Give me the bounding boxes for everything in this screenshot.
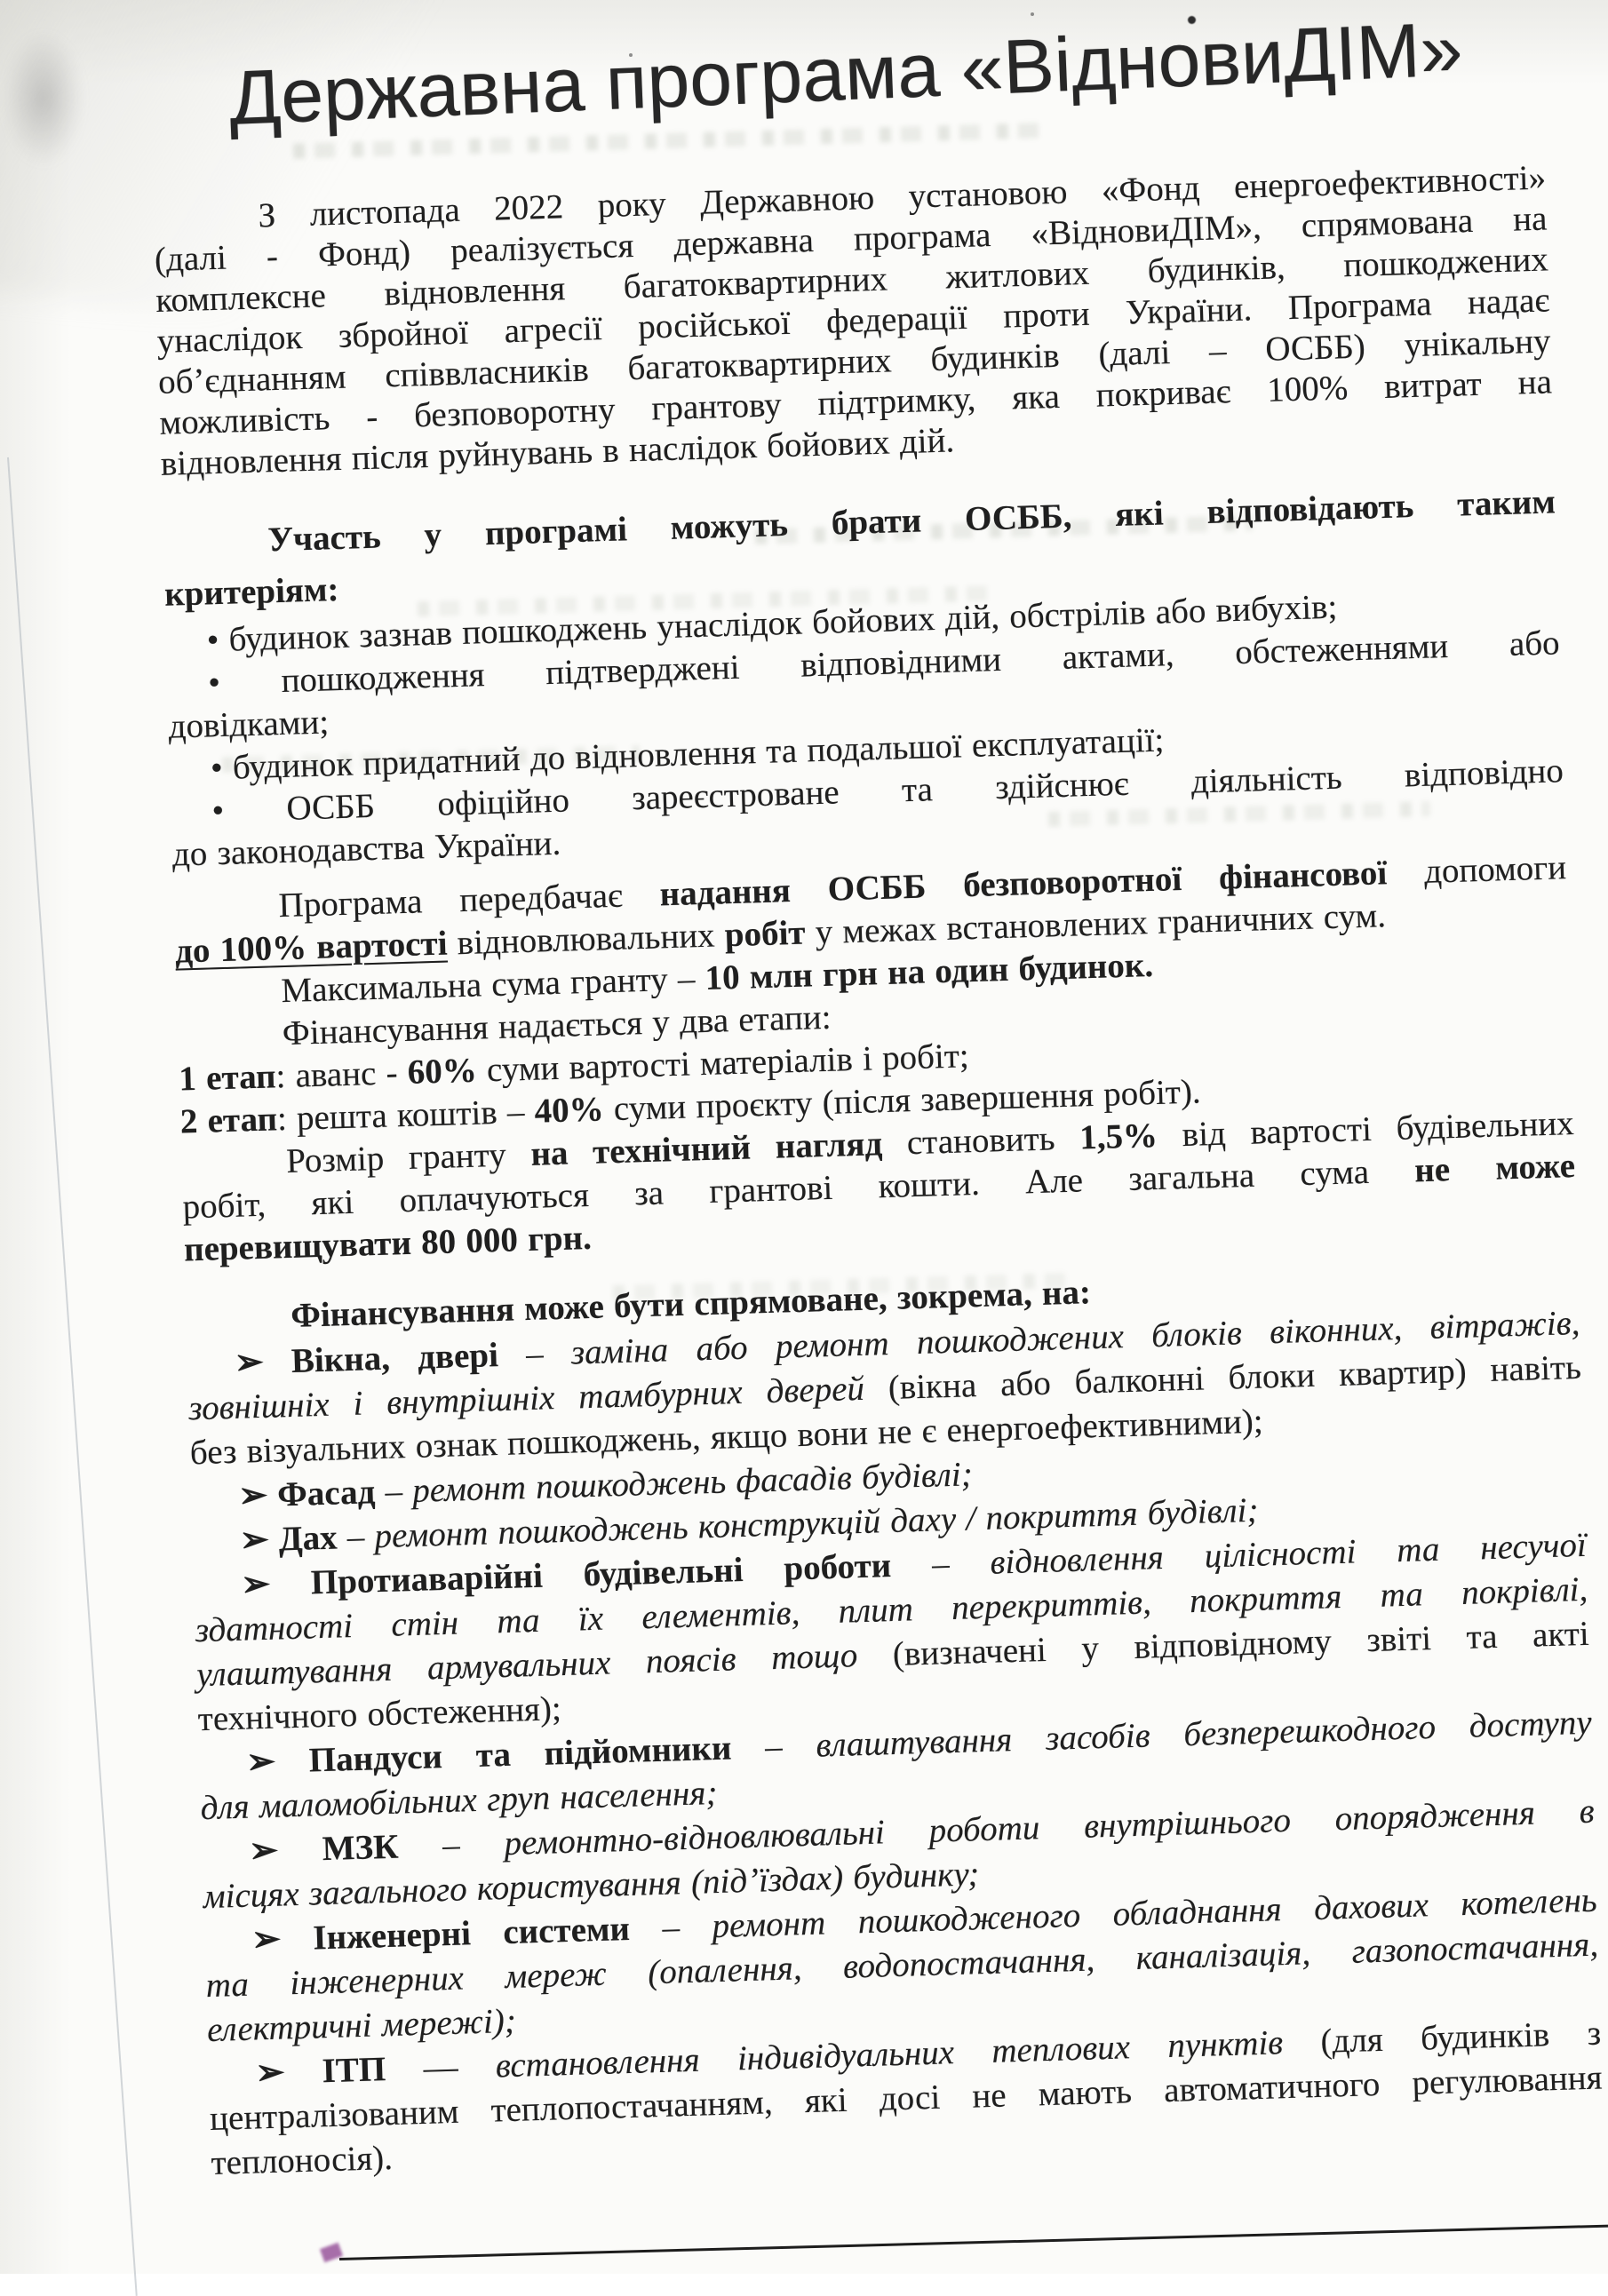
text-run: допомоги <box>1386 848 1566 892</box>
text-run: : аванс - <box>275 1053 408 1095</box>
text-run: 1 етап <box>179 1057 276 1098</box>
text-run: — <box>386 2046 497 2088</box>
document-scan: Державна програма «ВідновиДІМ» З листопа… <box>0 0 1608 2274</box>
text-run: на технічний нагляд <box>530 1124 883 1173</box>
text-run: ➢ Вікна, двері <box>234 1336 498 1382</box>
text-run: ➢ Фасад <box>238 1473 376 1515</box>
text-run: відновлювальних <box>447 916 726 962</box>
text-run: – <box>891 1544 991 1585</box>
text-run: критеріям: <box>164 570 339 614</box>
scan-edge-line-bottom <box>339 2225 1608 2260</box>
scan-speck <box>1031 12 1034 16</box>
text-run: становить <box>881 1119 1079 1164</box>
text-run: ➢ Інженерні системи <box>251 1910 631 1959</box>
text-run: 40% <box>534 1090 604 1130</box>
text-run: до законодавства України. <box>171 824 561 874</box>
text-run: робіт <box>724 914 806 955</box>
document-body: З листопада 2022 року Державною установо… <box>153 157 1604 2186</box>
text-run: довідками; <box>168 703 330 745</box>
text-run: 2 етап <box>179 1100 277 1140</box>
text-run: – <box>337 1517 375 1556</box>
text-run: 60% <box>407 1052 477 1092</box>
text-run: – <box>498 1334 571 1374</box>
text-run: – <box>629 1907 712 1948</box>
paragraph-intro: З листопада 2022 року Державною установо… <box>153 157 1554 484</box>
text-run: – <box>398 1824 505 1866</box>
text-run: (для будинків з <box>1320 2014 1602 2061</box>
text-run: 1,5% <box>1079 1116 1158 1157</box>
text-run: ➢ ІТП <box>255 2050 386 2092</box>
text-run: : решта коштів – <box>276 1092 535 1139</box>
scan-shadow-left <box>0 0 71 2274</box>
text-run: – <box>375 1472 413 1511</box>
text-run: не може <box>1414 1147 1576 1189</box>
text-run: ➢ МЗК <box>249 1828 399 1871</box>
corner-smudge <box>4 32 84 165</box>
text-run: до 100% вартості <box>175 925 449 971</box>
text-run: технічного обстеження); <box>197 1689 561 1738</box>
text-run: Розмір гранту <box>286 1135 532 1180</box>
text-run: теплоносія). <box>211 2139 394 2182</box>
text-run: ➢ Дах <box>239 1519 338 1560</box>
text-run: – <box>731 1727 816 1768</box>
text-run: електричні мережі); <box>207 2002 517 2049</box>
